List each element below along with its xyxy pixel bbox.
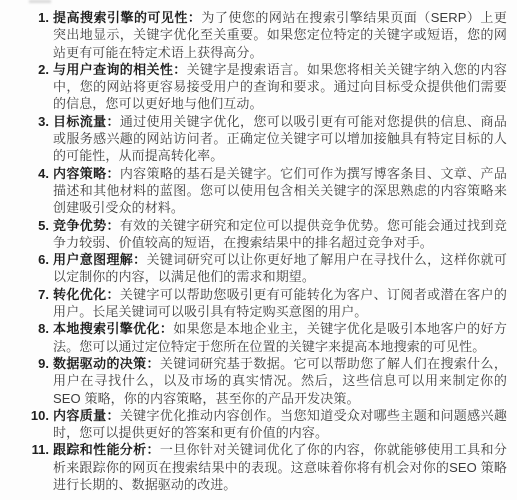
item-title: 转化优化： <box>53 287 120 302</box>
item-text: 本地搜索引擎优化：如果您是本地企业主，关键字优化是吸引本地客户的好方法。您可以通… <box>53 320 507 355</box>
item-text: 转化优化：关键字可以帮助您吸引更有可能转化为客户、订阅者或潜在客户的用户。长尾关… <box>53 286 507 321</box>
item-number: 7. <box>27 286 53 303</box>
list-item: 10. 内容质量：关键字优化推动内容创作。当您知道受众对哪些主题和问题感兴趣时，… <box>27 407 507 442</box>
item-text: 跟踪和性能分析：一旦你针对关键词优化了你的内容，你就能够使用工具和分析来跟踪你的… <box>53 441 507 493</box>
item-text: 竞争优势：有效的关键字研究和定位可以提供竞争优势。您可能会通过找到竞争力较弱、价… <box>53 217 507 252</box>
list-item: 1. 提高搜索引擎的可见性：为了使您的网站在搜索引擎结果页面（SERP）上更突出… <box>27 9 507 61</box>
item-body: 关键字可以帮助您吸引更有可能转化为客户、订阅者或潜在客户的用户。长尾关键词可以吸… <box>53 287 507 319</box>
list-item: 9. 数据驱动的决策：关键词研究基于数据。它可以帮助您了解人们在搜索什么，用户在… <box>27 355 507 407</box>
item-number: 4. <box>27 165 53 182</box>
item-text: 内容质量：关键字优化推动内容创作。当您知道受众对哪些主题和问题感兴趣时，您可以提… <box>53 407 507 442</box>
item-text: 内容策略：内容策略的基石是关键字。它们可作为撰写博客条目、文章、产品描述和其他材… <box>53 165 507 217</box>
item-title: 内容质量： <box>53 408 120 423</box>
item-text: 提高搜索引擎的可见性：为了使您的网站在搜索引擎结果页面（SERP）上更突出地显示… <box>53 9 507 61</box>
item-number: 11. <box>27 441 53 458</box>
item-text: 用户意图理解：关键词研究可以让你更好地了解用户在寻找什么，这样你就可以定制你的内… <box>53 251 507 286</box>
item-number: 9. <box>27 355 53 372</box>
item-title: 竞争优势： <box>53 218 120 233</box>
item-number: 6. <box>27 251 53 268</box>
item-number: 5. <box>27 217 53 234</box>
item-title: 目标流量： <box>53 114 120 129</box>
item-title: 用户意图理解： <box>53 252 147 267</box>
item-text: 目标流量：通过使用关键字优化，您可以吸引更有可能对您提供的信息、商品或服务感兴趣… <box>53 113 507 165</box>
item-text: 与用户查询的相关性：关键字是搜索语言。如果您将相关关键字纳入您的内容中，您的网站… <box>53 61 507 113</box>
cropped-text-fragment <box>29 0 51 3</box>
item-title: 提高搜索引擎的可见性： <box>53 10 201 25</box>
item-title: 与用户查询的相关性： <box>53 62 187 77</box>
document: 1. 提高搜索引擎的可见性：为了使您的网站在搜索引擎结果页面（SERP）上更突出… <box>0 0 517 493</box>
list-item: 11. 跟踪和性能分析：一旦你针对关键词优化了你的内容，你就能够使用工具和分析来… <box>27 441 507 493</box>
item-title: 本地搜索引擎优化： <box>53 321 173 336</box>
item-number: 1. <box>27 9 53 26</box>
list-item: 5. 竞争优势：有效的关键字研究和定位可以提供竞争优势。您可能会通过找到竞争力较… <box>27 217 507 252</box>
list-item: 6. 用户意图理解：关键词研究可以让你更好地了解用户在寻找什么，这样你就可以定制… <box>27 251 507 286</box>
item-body: 内容策略的基石是关键字。它们可作为撰写博客条目、文章、产品描述和其他材料的蓝图。… <box>53 166 507 216</box>
item-number: 2. <box>27 61 53 78</box>
item-body: 关键字优化推动内容创作。当您知道受众对哪些主题和问题感兴趣时，您可以提供更好的答… <box>53 408 507 440</box>
item-title: 数据驱动的决策： <box>53 356 160 371</box>
item-body: 有效的关键字研究和定位可以提供竞争优势。您可能会通过找到竞争力较弱、价值较高的短… <box>53 218 507 250</box>
list-item: 3. 目标流量：通过使用关键字优化，您可以吸引更有可能对您提供的信息、商品或服务… <box>27 113 507 165</box>
item-number: 10. <box>27 407 53 424</box>
item-text: 数据驱动的决策：关键词研究基于数据。它可以帮助您了解人们在搜索什么，用户在寻找什… <box>53 355 507 407</box>
item-title: 跟踪和性能分析： <box>53 442 160 457</box>
list-item: 8. 本地搜索引擎优化：如果您是本地企业主，关键字优化是吸引本地客户的好方法。您… <box>27 320 507 355</box>
list-item: 4. 内容策略：内容策略的基石是关键字。它们可作为撰写博客条目、文章、产品描述和… <box>27 165 507 217</box>
item-number: 3. <box>27 113 53 130</box>
item-title: 内容策略： <box>53 166 120 181</box>
item-number: 8. <box>27 320 53 337</box>
item-body: 通过使用关键字优化，您可以吸引更有可能对您提供的信息、商品或服务感兴趣的网站访问… <box>53 114 507 164</box>
list-item: 7. 转化优化：关键字可以帮助您吸引更有可能转化为客户、订阅者或潜在客户的用户。… <box>27 286 507 321</box>
list-item: 2. 与用户查询的相关性：关键字是搜索语言。如果您将相关关键字纳入您的内容中，您… <box>27 61 507 113</box>
